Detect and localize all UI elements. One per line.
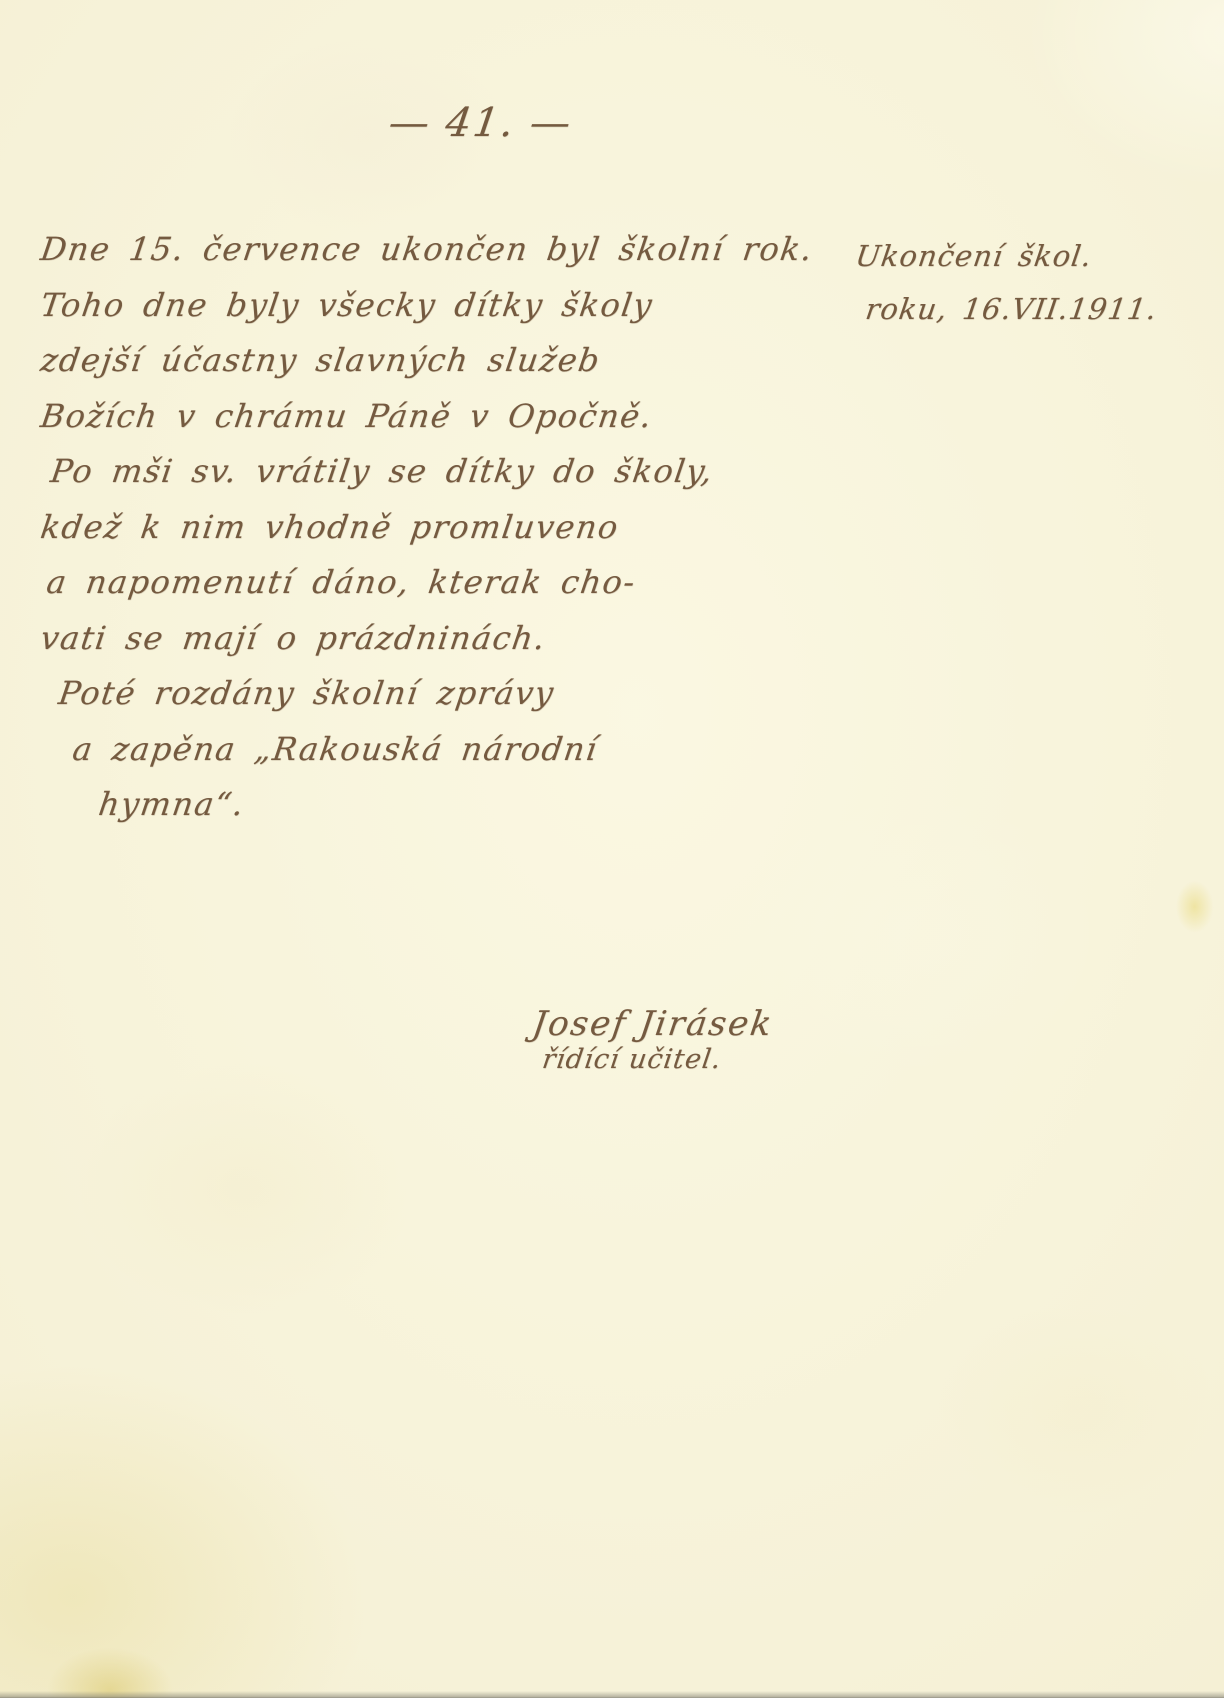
manuscript-line: Božích v chrámu Páně v Opočně. [37, 389, 817, 445]
signature-role: řídící učitel. [530, 1044, 775, 1075]
page-number: — 41. — [327, 100, 633, 146]
margin-note-date: roku, 16.VII.1911. [852, 283, 1161, 336]
manuscript-line: Po mši sv. vrátily se dítky do školy, [37, 444, 817, 500]
manuscript-line: vati se mají o prázdninách. [37, 611, 817, 667]
manuscript-line: a napomenutí dáno, kterak cho- [37, 555, 817, 611]
manuscript-line: Dne 15. července ukončen byl školní rok. [37, 222, 817, 278]
margin-note: Ukončení škol. roku, 16.VII.1911. [855, 230, 1156, 336]
manuscript-line: a zapěna „Rakouská národní [37, 722, 817, 778]
signature-name: Josef Jirásek [529, 998, 777, 1050]
manuscript-line: Poté rozdány školní zprávy [37, 666, 817, 722]
signature-block: Josef Jirásek řídící učitel. [532, 998, 772, 1075]
manuscript-line: zdejší účastny slavných služeb [37, 333, 817, 389]
manuscript-page: — 41. — Dne 15. července ukončen byl ško… [0, 0, 1224, 1698]
page-bottom-edge [0, 1691, 1224, 1698]
manuscript-line: Toho dne byly všecky dítky školy [37, 278, 817, 334]
manuscript-line: kdež k nim vhodně promluveno [37, 500, 817, 556]
margin-note-line: Ukončení škol. [852, 230, 1161, 283]
manuscript-body: Dne 15. července ukončen byl školní rok.… [40, 222, 812, 833]
manuscript-line: hymna“. [37, 777, 817, 833]
